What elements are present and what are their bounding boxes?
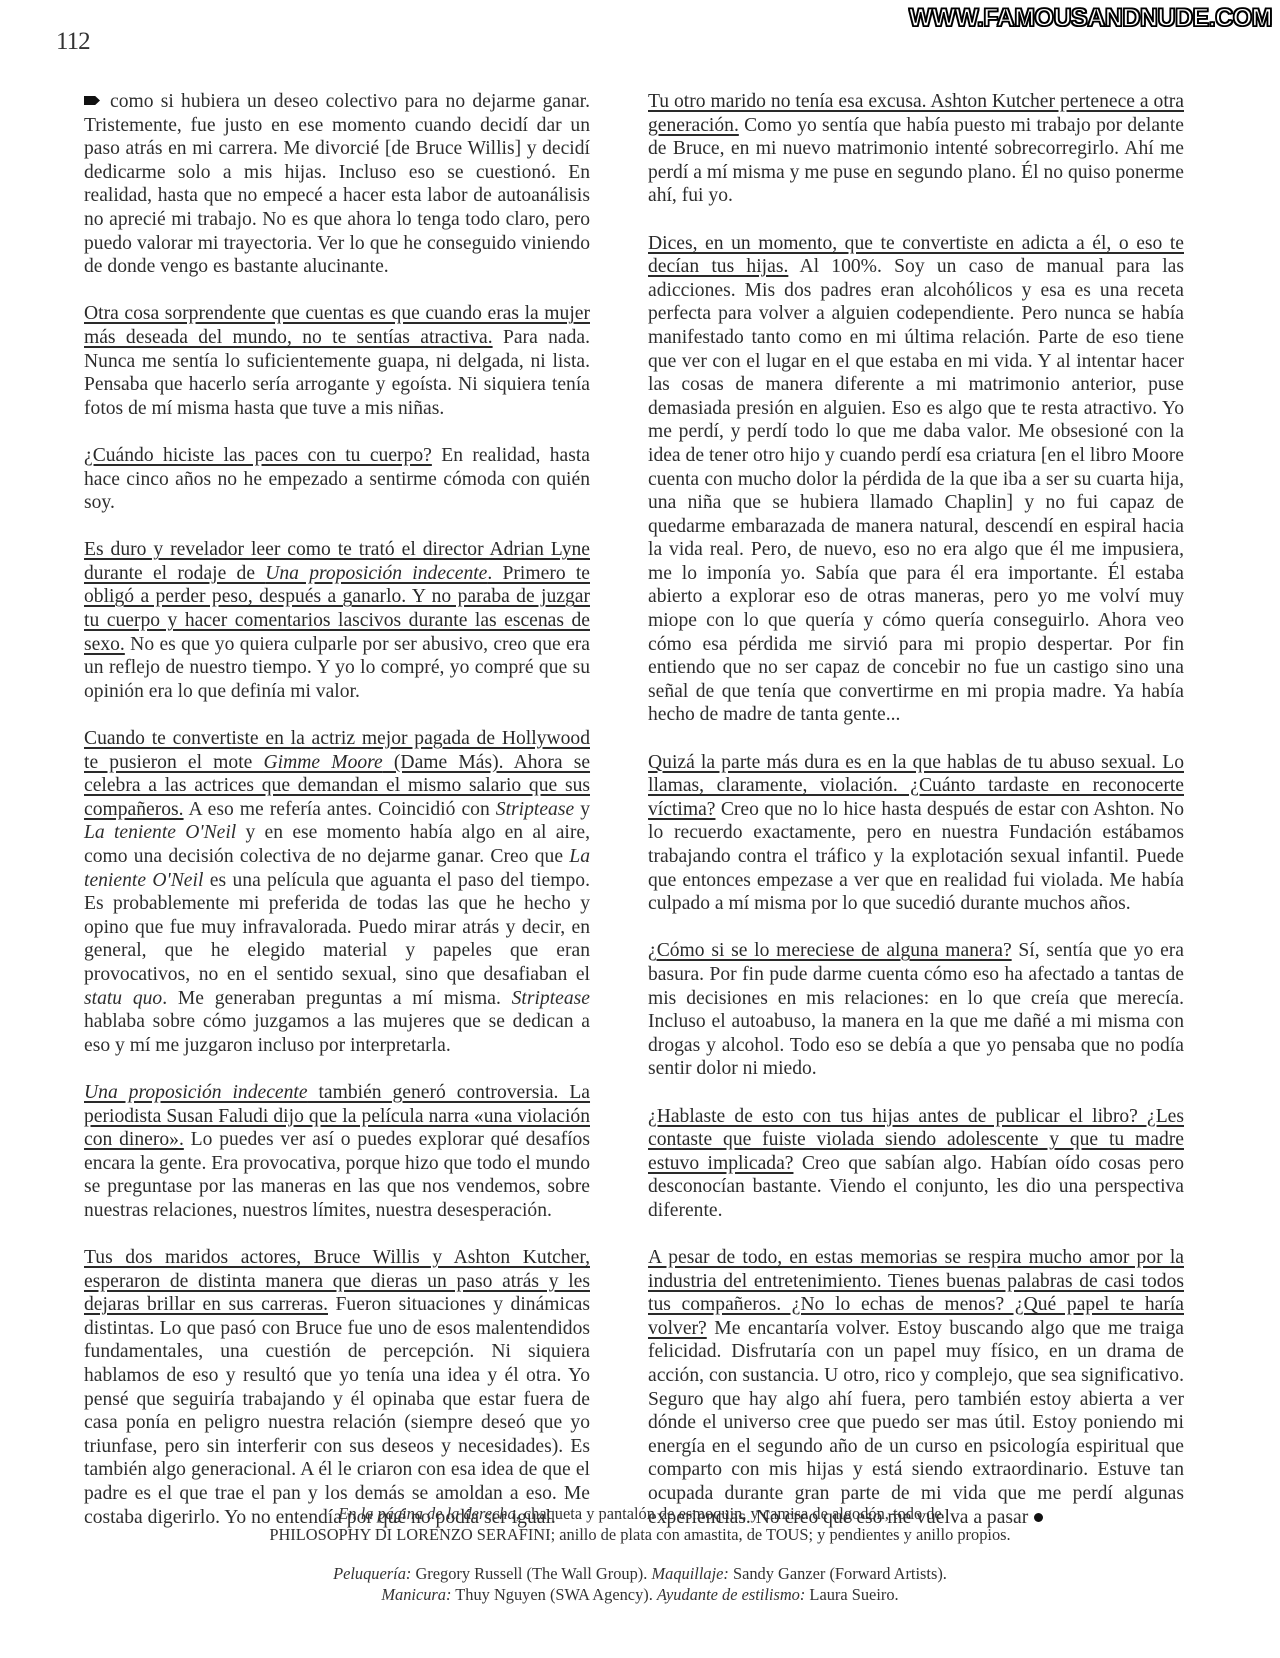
wardrobe-text: chaqueta y pantalón de esmoquin, y camis…	[520, 1504, 942, 1523]
credit-label: Maquillaje:	[651, 1564, 728, 1583]
question: ¿Cómo si se lo mereciese de alguna maner…	[648, 940, 1012, 961]
answer-text: y	[574, 799, 590, 820]
left-column: como si hubiera un deseo colectivo para …	[84, 90, 590, 1553]
nickname: Gimme Moore	[264, 752, 383, 773]
paragraph: Dices, en un momento, que te convertiste…	[648, 232, 1184, 727]
watermark: WWW.FAMOUSANDNUDE.COM	[909, 4, 1272, 33]
paragraph: A pesar de todo, en estas memorias se re…	[648, 1246, 1184, 1529]
answer: Me encantaría volver. Estoy buscando alg…	[648, 1318, 1184, 1528]
wardrobe-lead: En la página de la derecha,	[338, 1504, 519, 1523]
paragraph: Tu otro marido no tenía esa excusa. Asht…	[648, 90, 1184, 208]
film-title: Striptease	[496, 799, 574, 820]
paragraph: ¿Cuándo hiciste las paces con tu cuerpo?…	[84, 444, 590, 515]
paragraph: Otra cosa sorprendente que cuentas es qu…	[84, 302, 590, 420]
answer: Al 100%. Soy un caso de manual para las …	[648, 256, 1184, 725]
credit-label: Manicura:	[381, 1585, 451, 1604]
credit-value: Sandy Ganzer (Forward Artists).	[729, 1564, 947, 1583]
paragraph: Tus dos maridos actores, Bruce Willis y …	[84, 1246, 590, 1529]
credit-value: Thuy Nguyen (SWA Agency).	[451, 1585, 656, 1604]
paragraph: Cuando te convertiste en la actriz mejor…	[84, 727, 590, 1057]
answer: No es que yo quiera culparle por ser abu…	[84, 634, 590, 702]
film-title: La teniente O'Neil	[84, 822, 236, 843]
film-title: Una proposición indecente	[84, 1082, 308, 1103]
paragraph: ¿Cómo si se lo mereciese de alguna maner…	[648, 939, 1184, 1081]
page-number: 112	[56, 28, 90, 56]
answer-text: hablaba sobre cómo juzgamos a las mujere…	[84, 1011, 590, 1056]
continuation-arrow-icon	[84, 96, 100, 105]
answer-text: A eso me refería antes. Coincidió con	[184, 799, 496, 820]
film-title: Una proposición indecente	[265, 563, 487, 584]
credit-value: Laura Sueiro.	[805, 1585, 898, 1604]
answer: Fueron situaciones y dinámicas distintas…	[84, 1294, 590, 1527]
question: ¿Cuándo hiciste las paces con tu cuerpo?	[84, 445, 432, 466]
credit-label: Peluquería:	[333, 1564, 411, 1583]
paragraph: ¿Hablaste de esto con tus hijas antes de…	[648, 1105, 1184, 1223]
credit-value: Gregory Russell (The Wall Group).	[411, 1564, 651, 1583]
wardrobe-credit: En la página de la derecha, chaqueta y p…	[0, 1503, 1280, 1545]
paragraph: Es duro y revelador leer como te trató e…	[84, 538, 590, 703]
paragraph: como si hubiera un deseo colectivo para …	[84, 90, 590, 279]
paragraph: Una proposición indecente también generó…	[84, 1081, 590, 1223]
photo-credits: En la página de la derecha, chaqueta y p…	[0, 1503, 1280, 1623]
paragraph: Quizá la parte más dura es en la que hab…	[648, 751, 1184, 916]
answer: como si hubiera un deseo colectivo para …	[84, 91, 590, 277]
credit-label: Ayudante de estilismo:	[657, 1585, 805, 1604]
right-column: Tu otro marido no tenía esa excusa. Asht…	[648, 90, 1184, 1553]
answer: Creo que no lo hice hasta después de est…	[648, 799, 1184, 914]
wardrobe-text: PHILOSOPHY DI LORENZO SERAFINI; anillo d…	[269, 1525, 1010, 1544]
film-title: Striptease	[512, 988, 590, 1009]
latin-phrase: statu quo	[84, 988, 162, 1009]
answer-text: . Me generaban preguntas a mí misma.	[162, 988, 511, 1009]
team-credit: Peluquería: Gregory Russell (The Wall Gr…	[0, 1563, 1280, 1605]
